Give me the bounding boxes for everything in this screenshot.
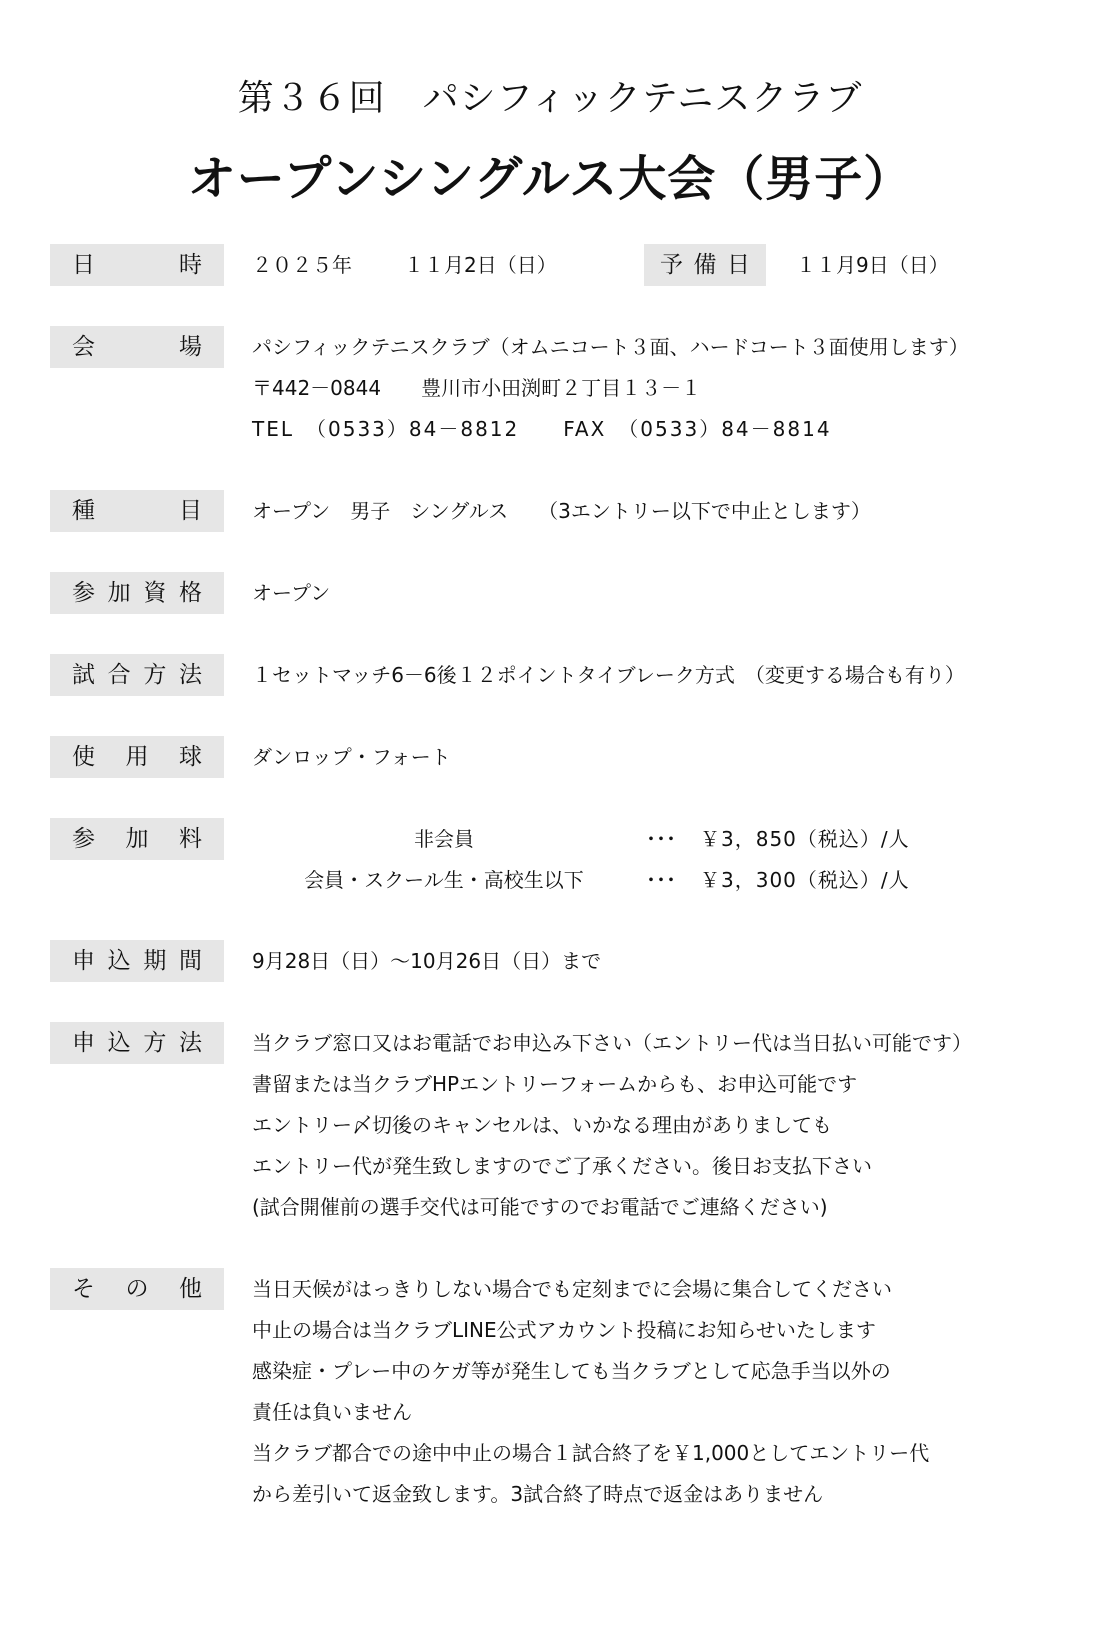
label-char: 料: [179, 818, 202, 860]
label-char: 方: [143, 654, 166, 696]
label-char: 込: [108, 940, 131, 982]
fee-category: 会員・スクール生・高校生以下: [252, 859, 636, 901]
match-format-text: １セットマッチ6－6後１２ポイントタイブレーク方式 （変更する場合も有り）: [252, 654, 965, 696]
ball-text: ダンロップ・フォート: [252, 736, 451, 778]
title-line-2: オープンシングルス大会（男子）: [0, 140, 1100, 209]
other-line: 感染症・プレー中のケガ等が発生しても当クラブとして応急手当以外の: [252, 1350, 891, 1392]
eligibility-text: オープン: [252, 572, 330, 614]
title-line-1: 第３６回 パシフィックテニスクラブ: [0, 70, 1100, 121]
label-char: 間: [179, 940, 202, 982]
entry-period-text: 9月28日（日）～10月26日（日）まで: [252, 940, 601, 982]
other-line: 当日天候がはっきりしない場合でも定刻までに会場に集合してください: [252, 1268, 892, 1310]
label-char: 格: [179, 572, 202, 614]
date-day: １１月2日（日）: [404, 244, 557, 286]
label-char: 申: [72, 1022, 95, 1064]
label-char: 期: [143, 940, 166, 982]
label-char: 加: [126, 818, 149, 860]
entry-method-line: 書留または当クラブHPエントリーフォームからも、お申込可能です: [252, 1063, 857, 1105]
label-char: 球: [179, 736, 202, 778]
label-char: 他: [179, 1268, 202, 1310]
entry-method-line: エントリー代が発生致しますのでご了承ください。後日お支払下さい: [252, 1145, 872, 1187]
label-other: そ の 他: [50, 1268, 224, 1310]
label-char: 備: [694, 244, 717, 286]
label-char: 込: [108, 1022, 131, 1064]
label-char: 法: [179, 1022, 202, 1064]
event-text: オープン 男子 シングルス （3エントリー以下で中止とします）: [252, 490, 871, 532]
label-venue: 会 場: [50, 326, 224, 368]
label-char: 予: [660, 244, 683, 286]
label-char: 使: [72, 736, 95, 778]
other-line: 中止の場合は当クラブLINE公式アカウント投稿にお知らせいたします: [252, 1309, 876, 1351]
entry-method-line: 当クラブ窓口又はお電話でお申込み下さい（エントリー代は当日払い可能です）: [252, 1022, 972, 1064]
label-char: 法: [179, 654, 202, 696]
label-char: 日: [727, 244, 750, 286]
fee-dots: ･･･: [646, 818, 676, 860]
venue-address: 〒442－0844 豊川市小田渕町２丁目１３－１: [252, 367, 701, 409]
label-reserve-day: 予 備 日: [644, 244, 766, 286]
entry-method-line: (試合開催前の選手交代は可能ですのでお電話でご連絡ください): [252, 1186, 828, 1228]
label-char: 種: [72, 490, 95, 532]
other-line: から差引いて返金致します。3試合終了時点で返金はありません: [252, 1473, 823, 1515]
other-line: 責任は負いません: [252, 1391, 412, 1433]
label-char: 場: [179, 326, 202, 368]
label-datetime: 日 時: [50, 244, 224, 286]
label-entry-period: 申 込 期 間: [50, 940, 224, 982]
fee-price: ￥3，850（税込）/人: [700, 818, 910, 860]
entry-method-line: エントリー〆切後のキャンセルは、いかなる理由がありましても: [252, 1104, 832, 1146]
label-char: 試: [72, 654, 95, 696]
reserve-date: １１月9日（日）: [796, 244, 949, 286]
venue-line: パシフィックテニスクラブ（オムニコート３面、ハードコート３面使用します）: [252, 326, 969, 368]
date-year: ２０２５年: [252, 244, 352, 286]
label-eligibility: 参 加 資 格: [50, 572, 224, 614]
label-char: 目: [179, 490, 202, 532]
label-char: 加: [108, 572, 131, 614]
label-char: 時: [179, 244, 202, 286]
label-char: 会: [72, 326, 95, 368]
label-fee: 参 加 料: [50, 818, 224, 860]
label-match-format: 試 合 方 法: [50, 654, 224, 696]
label-char: 参: [72, 818, 95, 860]
label-char: 資: [143, 572, 166, 614]
label-char: 方: [143, 1022, 166, 1064]
label-char: そ: [72, 1268, 95, 1310]
label-ball: 使 用 球: [50, 736, 224, 778]
venue-phone-fax: TEL （0533）84－8812 FAX （0533）84－8814: [252, 408, 832, 450]
label-char: 日: [72, 244, 95, 286]
label-char: 参: [72, 572, 95, 614]
label-char: 用: [126, 736, 149, 778]
fee-dots: ･･･: [646, 859, 676, 901]
other-line: 当クラブ都合での途中中止の場合１試合終了を￥1,000としてエントリー代: [252, 1432, 929, 1474]
fee-category: 非会員: [252, 818, 636, 860]
label-char: 合: [108, 654, 131, 696]
label-event: 種 目: [50, 490, 224, 532]
fee-price: ￥3，300（税込）/人: [700, 859, 910, 901]
label-entry-method: 申 込 方 法: [50, 1022, 224, 1064]
label-char: 申: [72, 940, 95, 982]
label-char: の: [126, 1268, 149, 1310]
